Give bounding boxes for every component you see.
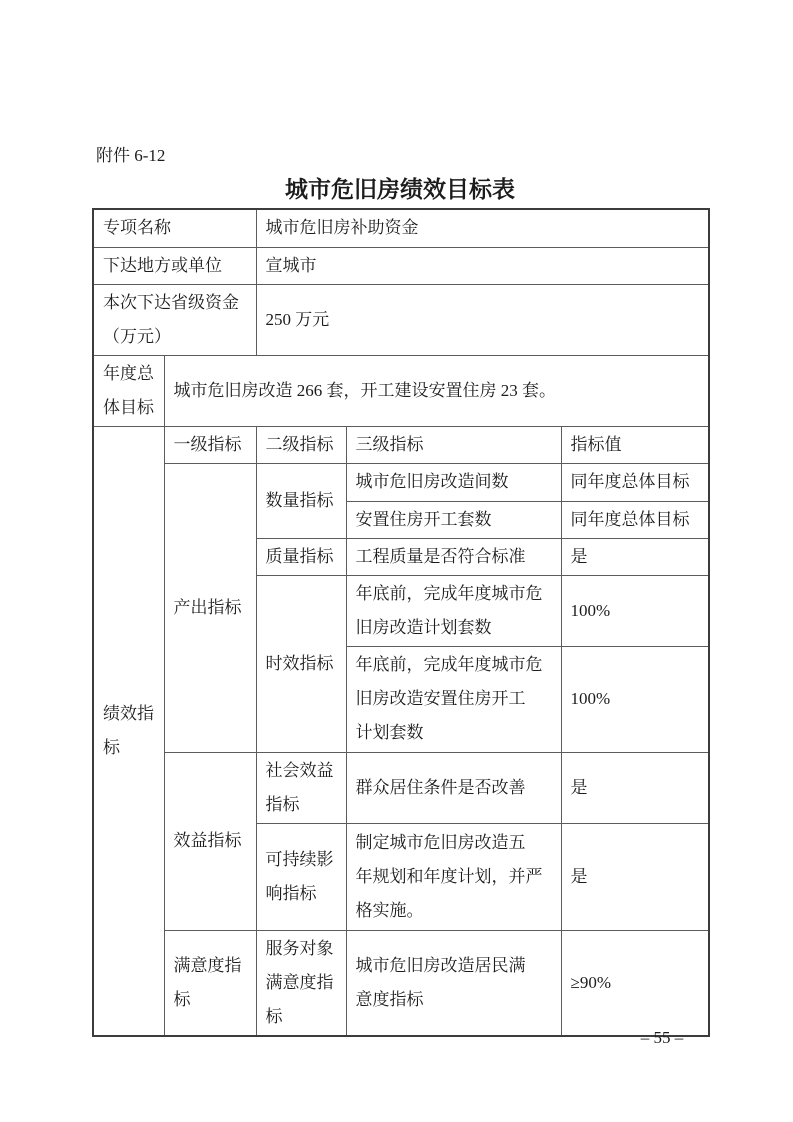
performance-target-table: 专项名称 城市危旧房补助资金 下达地方或单位 宣城市 本次下达省级资金 （万元）… xyxy=(92,208,710,1037)
indicator-value: 100% xyxy=(561,646,709,752)
target-region-label: 下达地方或单位 xyxy=(93,247,256,284)
annual-target-value: 城市危旧房改造 266 套，开工建设安置住房 23 套。 xyxy=(164,355,709,426)
table-row: 专项名称 城市危旧房补助资金 xyxy=(93,209,709,247)
level2-sustainability-indicator: 可持续影 响指标 xyxy=(256,823,346,930)
indicator-value: 是 xyxy=(561,752,709,823)
header-value: 指标值 xyxy=(561,426,709,463)
level3-indicator: 城市危旧房改造间数 xyxy=(346,463,561,501)
indicator-value: 是 xyxy=(561,823,709,930)
table-row: 下达地方或单位 宣城市 xyxy=(93,247,709,284)
table-row: 本次下达省级资金 （万元） 250 万元 xyxy=(93,284,709,355)
document-title: 城市危旧房绩效目标表 xyxy=(92,176,708,204)
level3-indicator: 安置住房开工套数 xyxy=(346,501,561,538)
level3-indicator: 制定城市危旧房改造五 年规划和年度计划，并严 格实施。 xyxy=(346,823,561,930)
level2-social-benefit-indicator: 社会效益 指标 xyxy=(256,752,346,823)
indicator-value: 是 xyxy=(561,538,709,575)
level2-timeliness-indicator: 时效指标 xyxy=(256,575,346,752)
header-level2: 二级指标 xyxy=(256,426,346,463)
performance-section-label: 绩效指 标 xyxy=(93,426,164,1036)
level3-indicator: 群众居住条件是否改善 xyxy=(346,752,561,823)
level3-indicator: 年底前，完成年度城市危 旧房改造安置住房开工 计划套数 xyxy=(346,646,561,752)
project-name-value: 城市危旧房补助资金 xyxy=(256,209,709,247)
indicator-row: 满意度指 标 服务对象 满意度指 标 城市危旧房改造居民满 意度指标 ≥90% xyxy=(93,930,709,1036)
provincial-fund-value: 250 万元 xyxy=(256,284,709,355)
header-level3: 三级指标 xyxy=(346,426,561,463)
indicator-value: ≥90% xyxy=(561,930,709,1036)
provincial-fund-label: 本次下达省级资金 （万元） xyxy=(93,284,256,355)
indicator-value: 同年度总体目标 xyxy=(561,501,709,538)
page-number: – 55 – xyxy=(587,1027,737,1049)
table-row: 年度总 体目标 城市危旧房改造 266 套，开工建设安置住房 23 套。 xyxy=(93,355,709,426)
level2-quantity-indicator: 数量指标 xyxy=(256,463,346,538)
level2-quality-indicator: 质量指标 xyxy=(256,538,346,575)
level1-output-indicator: 产出指标 xyxy=(164,463,256,752)
level1-benefit-indicator: 效益指标 xyxy=(164,752,256,930)
level2-service-target-satisfaction-indicator: 服务对象 满意度指 标 xyxy=(256,930,346,1036)
indicator-value: 100% xyxy=(561,575,709,646)
indicator-row: 产出指标 数量指标 城市危旧房改造间数 同年度总体目标 xyxy=(93,463,709,501)
level3-indicator: 年底前，完成年度城市危 旧房改造计划套数 xyxy=(346,575,561,646)
indicator-header-row: 绩效指 标 一级指标 二级指标 三级指标 指标值 xyxy=(93,426,709,463)
level1-satisfaction-indicator: 满意度指 标 xyxy=(164,930,256,1036)
header-level1: 一级指标 xyxy=(164,426,256,463)
level3-indicator: 城市危旧房改造居民满 意度指标 xyxy=(346,930,561,1036)
level3-indicator: 工程质量是否符合标准 xyxy=(346,538,561,575)
target-region-value: 宣城市 xyxy=(256,247,709,284)
project-name-label: 专项名称 xyxy=(93,209,256,247)
indicator-value: 同年度总体目标 xyxy=(561,463,709,501)
document-page: 附件 6-12 城市危旧房绩效目标表 专项名称 城市危旧房补助资金 下达地方或单… xyxy=(0,0,793,1122)
indicator-row: 效益指标 社会效益 指标 群众居住条件是否改善 是 xyxy=(93,752,709,823)
attachment-label: 附件 6-12 xyxy=(96,145,165,167)
annual-target-label: 年度总 体目标 xyxy=(93,355,164,426)
